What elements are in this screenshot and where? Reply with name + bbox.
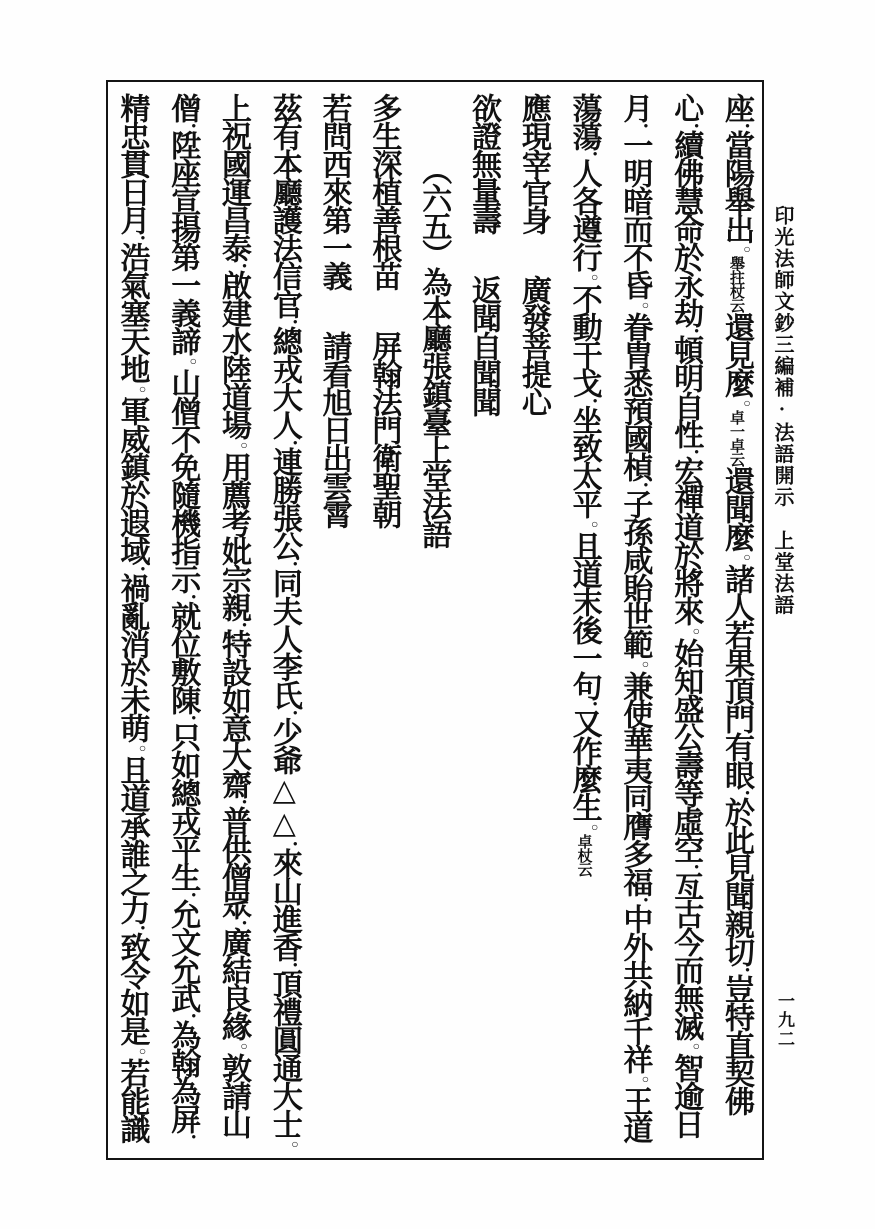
text-run: 月 <box>618 93 651 121</box>
page-border-frame: 座●當陽舉出○舉拄杖云還見麼○卓一卓云還聞麼○諸人若果頂門有眼●於此見聞親切●豈… <box>106 80 764 1160</box>
punctuation-dot: ● <box>641 480 650 489</box>
text-run: 且道承誰之力 <box>115 755 148 923</box>
punctuation-dot: ● <box>291 438 300 447</box>
running-title: 印光法師文鈔三編補·法語開示上堂法語 <box>768 205 797 1105</box>
text-column: ︵六五︶為本廳張鎮臺上堂法語 <box>408 93 458 1149</box>
punctuation-dot: ● <box>291 839 300 848</box>
punctuation-circle: ○ <box>689 1039 703 1053</box>
text-column: 蕩蕩●人各遵行○不動干戈●坐致太平○且道末後一句●又作麼生○卓杖云 <box>558 93 609 1149</box>
text-run: 敦請山 <box>217 1053 250 1137</box>
text-run: 當陽舉出 <box>720 130 753 242</box>
text-run: 眷胄悉預國楨 <box>618 312 651 480</box>
punctuation-circle: ○ <box>588 517 602 531</box>
punctuation-dot: ● <box>743 121 752 130</box>
punctuation-dot: ● <box>291 559 300 568</box>
punctuation-dot: ● <box>743 788 752 797</box>
punctuation-circle: ○ <box>237 438 251 452</box>
text-run: 來山進香 <box>268 848 301 960</box>
punctuation-circle: ○ <box>638 1072 652 1086</box>
text-run: 還見麼 <box>720 312 753 396</box>
text-column: 欲證無量壽返聞自聞聞 <box>458 93 508 1149</box>
text-run: 心 <box>669 93 702 121</box>
punctuation-dot: ● <box>591 699 600 708</box>
text-run: 屏翰法門衛聖朝 <box>367 331 400 527</box>
page-number: 一九二 <box>772 992 797 1049</box>
text-columns: 座●當陽舉出○舉拄杖云還見麼○卓一卓云還聞麼○諸人若果頂門有眼●於此見聞親切●豈… <box>112 93 761 1149</box>
punctuation-dot: ● <box>692 121 701 130</box>
text-run: 用薦考妣宗親 <box>217 452 250 620</box>
text-run: 又作麼生 <box>568 708 601 820</box>
punctuation-dot: ● <box>240 261 249 270</box>
text-run: 允文允武 <box>166 899 199 1011</box>
text-run: 軍威鎮於遐域 <box>115 396 148 564</box>
punctuation-circle: ○ <box>638 657 652 671</box>
punctuation-dot: ● <box>240 797 249 806</box>
text-run: 人各遵行 <box>568 158 601 270</box>
punctuation-dot: ● <box>291 317 300 326</box>
scanned-book-page: 座●當陽舉出○舉拄杖云還見麼○卓一卓云還聞麼○諸人若果頂門有眼●於此見聞親切●豈… <box>0 0 875 1229</box>
text-run: 亙古今而無滅 <box>669 871 702 1039</box>
text-run: 坐致太平 <box>568 405 601 517</box>
punctuation-circle: ○ <box>135 741 149 755</box>
text-run: 兼使華夷同膺多福 <box>618 671 651 895</box>
text-run: 為翰為屏 <box>166 1020 199 1132</box>
text-run: 少爺△△ <box>268 717 301 839</box>
punctuation-dot: ● <box>743 965 752 974</box>
punctuation-dot: ● <box>189 890 198 899</box>
text-run: 僧 <box>166 93 199 121</box>
text-column: 多生深植善根苗屏翰法門衛聖朝 <box>359 93 409 1149</box>
text-column: 茲有本廳護法信官●總戎大人●連勝張公●同夫人李氏●少爺△△●來山進香●頂禮圓通大… <box>258 93 309 1149</box>
text-run: 蕩蕩 <box>568 93 601 149</box>
running-title-text: 印光法師文鈔三編補·法語開示 <box>771 205 793 508</box>
text-column: 座●當陽舉出○舉拄杖云還見麼○卓一卓云還聞麼○諸人若果頂門有眼●於此見聞親切●豈… <box>710 93 761 1149</box>
punctuation-dot: ● <box>692 862 701 871</box>
punctuation-circle: ○ <box>588 820 602 834</box>
text-run: 精忠貫日月 <box>115 93 148 233</box>
text-run: 多生深植善根苗 <box>367 93 400 289</box>
punctuation-dot: ● <box>240 620 249 629</box>
text-run: 就位敷陳 <box>166 601 199 713</box>
text-run: 總戎大人 <box>268 326 301 438</box>
text-run: 續佛慧命於永劫 <box>669 130 702 326</box>
text-run: 座 <box>720 93 753 121</box>
text-run: 特設如意大齋 <box>217 629 250 797</box>
punctuation-dot: ● <box>189 592 198 601</box>
punctuation-circle: ○ <box>638 298 652 312</box>
punctuation-dot: ● <box>591 396 600 405</box>
text-run: 陞座宣揚第一義諦 <box>166 130 199 354</box>
text-column: 心●續佛慧命於永劫●頓明自性●宏禪道於將來○始知盛公壽等虛空●亙古今而無滅○智逾… <box>659 93 710 1149</box>
punctuation-circle: ○ <box>588 270 602 284</box>
text-run: 普供僧眾 <box>217 806 250 918</box>
punctuation-dot: ● <box>291 708 300 717</box>
text-run: 應現宰官身 <box>517 93 550 233</box>
text-run: 茲有本廳護法信官 <box>268 93 301 317</box>
text-column: 若問西來第一義請看旭日出雲霄 <box>309 93 359 1149</box>
punctuation-circle: ○ <box>135 382 149 396</box>
punctuation-dot: ● <box>138 233 147 242</box>
text-run: 子孫咸貽世範 <box>618 489 651 657</box>
punctuation-dot: ● <box>641 895 650 904</box>
punctuation-circle: ○ <box>288 1137 302 1151</box>
text-run: 上祝國運昌泰 <box>217 93 250 261</box>
text-run: 山僧不免隨機指示 <box>166 368 199 592</box>
text-column: 應現宰官身廣發菩提心 <box>508 93 558 1149</box>
text-run: ︵六五︶為本廳張鎮臺上堂法語 <box>417 155 450 547</box>
punctuation-dot: ● <box>189 121 198 130</box>
punctuation-dot: ● <box>240 918 249 927</box>
punctuation-circle: ○ <box>186 354 200 368</box>
text-run: 連勝張公 <box>268 447 301 559</box>
text-run: 不動干戈 <box>568 284 601 396</box>
punctuation-circle: ○ <box>135 1044 149 1058</box>
punctuation-dot: ● <box>189 1011 198 1020</box>
text-run: 頓明自性 <box>669 335 702 447</box>
text-run: 廣結良緣 <box>217 927 250 1039</box>
inline-annotation: 舉拄杖云 <box>728 256 744 312</box>
punctuation-dot: ● <box>692 326 701 335</box>
text-run: 若問西來第一義 <box>318 93 351 289</box>
punctuation-dot: ● <box>138 923 147 932</box>
text-run: 中外共納千祥 <box>618 904 651 1072</box>
text-run: 一明暗而不昏 <box>618 130 651 298</box>
text-run: 請看旭日出雲霄 <box>318 331 351 527</box>
punctuation-dot: ● <box>138 564 147 573</box>
text-run: 啟建水陸道場 <box>217 270 250 438</box>
punctuation-dot: ● <box>591 149 600 158</box>
punctuation-dot: ● <box>641 121 650 130</box>
text-run: 返聞自聞聞 <box>467 275 500 415</box>
punctuation-circle: ○ <box>689 624 703 638</box>
text-run: 同夫人李氏 <box>268 568 301 708</box>
punctuation-dot: ● <box>189 1132 198 1141</box>
text-column: 月●一明暗而不昏○眷胄悉預國楨●子孫咸貽世範○兼使華夷同膺多福●中外共納千祥○王… <box>609 93 660 1149</box>
running-section-text: 上堂法語 <box>768 530 797 616</box>
punctuation-dot: ● <box>189 713 198 722</box>
text-run: 禍亂消於未萌 <box>115 573 148 741</box>
text-run: 還聞麼 <box>720 466 753 550</box>
punctuation-dot: ● <box>692 447 701 456</box>
text-run: 致令如是 <box>115 932 148 1044</box>
text-run: 若能識 <box>115 1058 148 1142</box>
text-run: 始知盛公壽等虛空 <box>669 638 702 862</box>
text-run: 豈特直契佛 <box>720 974 753 1114</box>
inline-annotation: 卓一卓云 <box>728 410 744 466</box>
text-run: 廣發菩提心 <box>517 275 550 415</box>
text-run: 且道末後一句 <box>568 531 601 699</box>
punctuation-circle: ○ <box>740 550 754 564</box>
text-run: 浩氣塞天地 <box>115 242 148 382</box>
punctuation-circle: ○ <box>740 242 754 256</box>
punctuation-circle: ○ <box>237 1039 251 1053</box>
text-run: 於此見聞親切 <box>720 797 753 965</box>
text-run: 宏禪道於將來 <box>669 456 702 624</box>
punctuation-dot: ● <box>291 960 300 969</box>
text-run: 只如總戎平生 <box>166 722 199 890</box>
text-run: 欲證無量壽 <box>467 93 500 233</box>
inline-annotation: 卓杖云 <box>576 834 592 876</box>
text-column: 上祝國運昌泰●啟建水陸道場○用薦考妣宗親●特設如意大齋●普供僧眾●廣結良緣○敦請… <box>207 93 258 1149</box>
punctuation-circle: ○ <box>740 396 754 410</box>
text-run: 諸人若果頂門有眼 <box>720 564 753 788</box>
text-column: 僧●陞座宣揚第一義諦○山僧不免隨機指示●就位敷陳●只如總戎平生●允文允武●為翰為… <box>156 93 207 1149</box>
text-run: 頂禮圓通大士 <box>268 969 301 1137</box>
text-column: 精忠貫日月●浩氣塞天地○軍威鎮於遐域●禍亂消於未萌○且道承誰之力●致令如是○若能… <box>106 93 157 1149</box>
text-run: 智逾日 <box>669 1053 702 1137</box>
text-run: 王道 <box>618 1086 651 1142</box>
